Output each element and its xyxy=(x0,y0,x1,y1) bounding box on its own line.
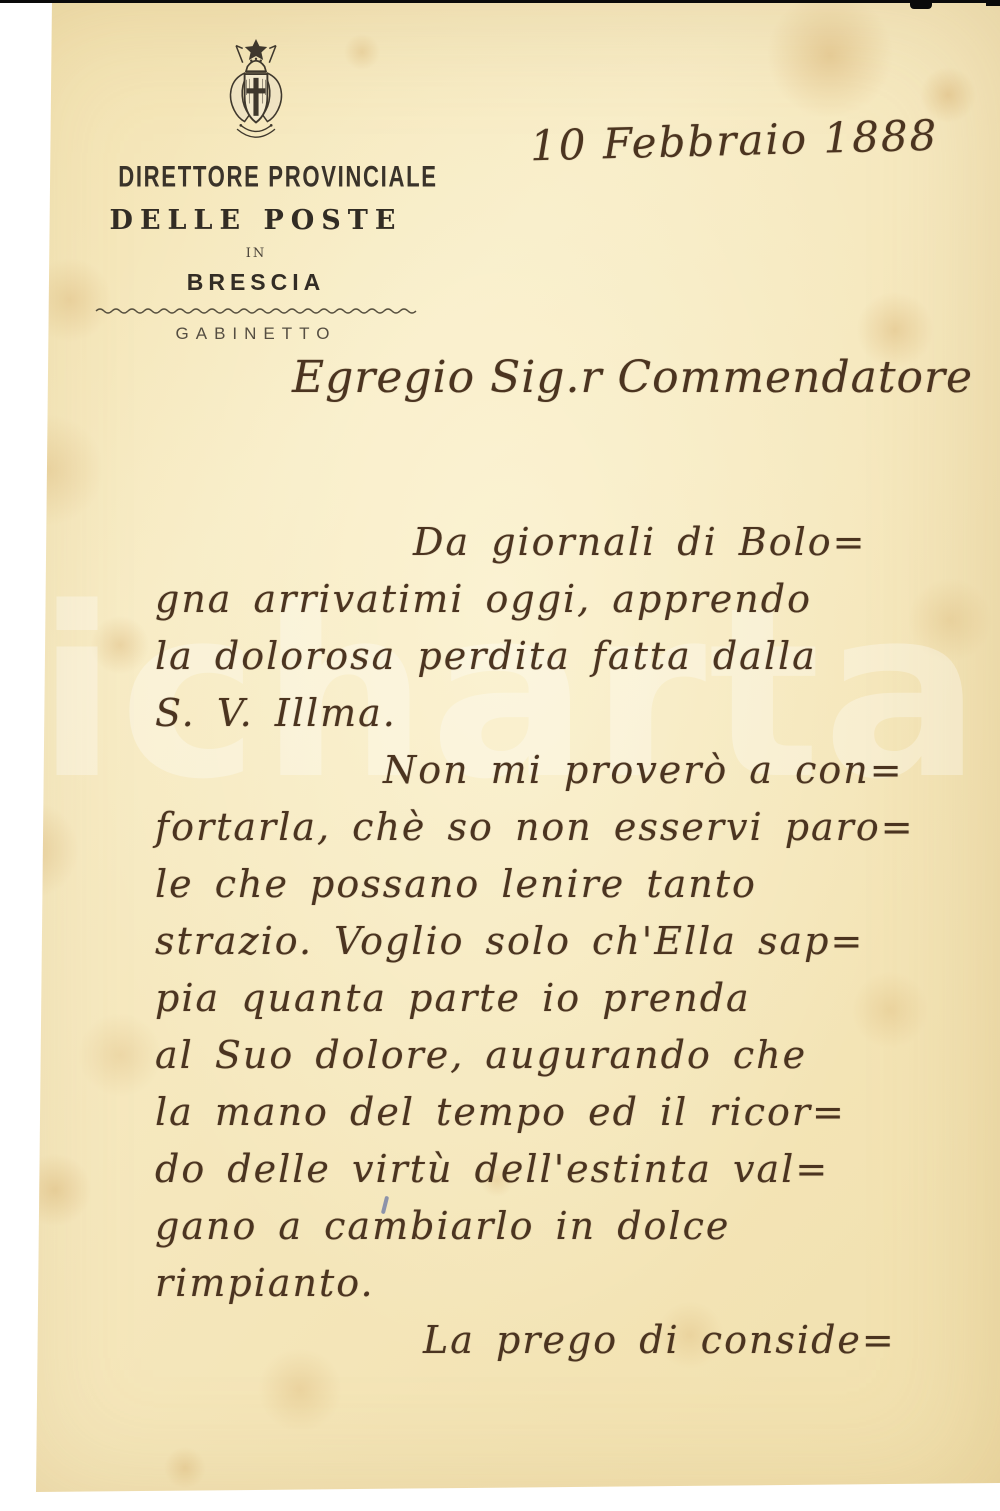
body-line: le che possano lenire tanto xyxy=(155,856,995,913)
body-line: strazio. Voglio solo ch'Ella sap= xyxy=(155,913,995,970)
letterhead: DIRETTORE PROVINCIALE DELLE POSTE IN BRE… xyxy=(88,38,424,344)
body-line: pia quanta parte io prenda xyxy=(155,970,995,1027)
letterhead-title: DIRETTORE PROVINCIALE xyxy=(118,161,394,194)
letterhead-office: GABINETTO xyxy=(88,324,424,344)
wavy-rule xyxy=(95,306,417,316)
scanner-corner-mark xyxy=(986,0,1000,6)
body-line: al Suo dolore, augurando che xyxy=(155,1027,995,1084)
body-line: do delle virtù dell'estinta val= xyxy=(155,1141,995,1198)
body-line: La prego di conside= xyxy=(155,1312,995,1369)
body-line: gano a cambiarlo in dolce xyxy=(155,1198,995,1255)
body-line: S. V. Illma. xyxy=(155,685,995,742)
letterhead-in: IN xyxy=(88,246,424,261)
letter-body: Da giornali di Bolo= gna arrivatimi oggi… xyxy=(155,514,995,1369)
body-line: fortarla, chè so non esservi paro= xyxy=(155,799,995,856)
letterhead-city: BRESCIA xyxy=(88,269,424,296)
body-line: la mano del tempo ed il ricor= xyxy=(155,1084,995,1141)
letterhead-subtitle: DELLE POSTE xyxy=(88,205,424,236)
body-line: gna arrivatimi oggi, apprendo xyxy=(155,571,995,628)
scanner-edge-strip xyxy=(0,0,1000,3)
body-line: rimpianto. xyxy=(155,1255,995,1312)
scanner-notch xyxy=(910,0,932,9)
body-line: Non mi proverò a con= xyxy=(155,742,995,799)
letter-salutation: Egregio Sig.r Commendatore xyxy=(292,352,973,403)
body-line: Da giornali di Bolo= xyxy=(155,514,995,571)
coat-of-arms-icon xyxy=(208,38,304,150)
body-line: la dolorosa perdita fatta dalla xyxy=(155,628,995,685)
